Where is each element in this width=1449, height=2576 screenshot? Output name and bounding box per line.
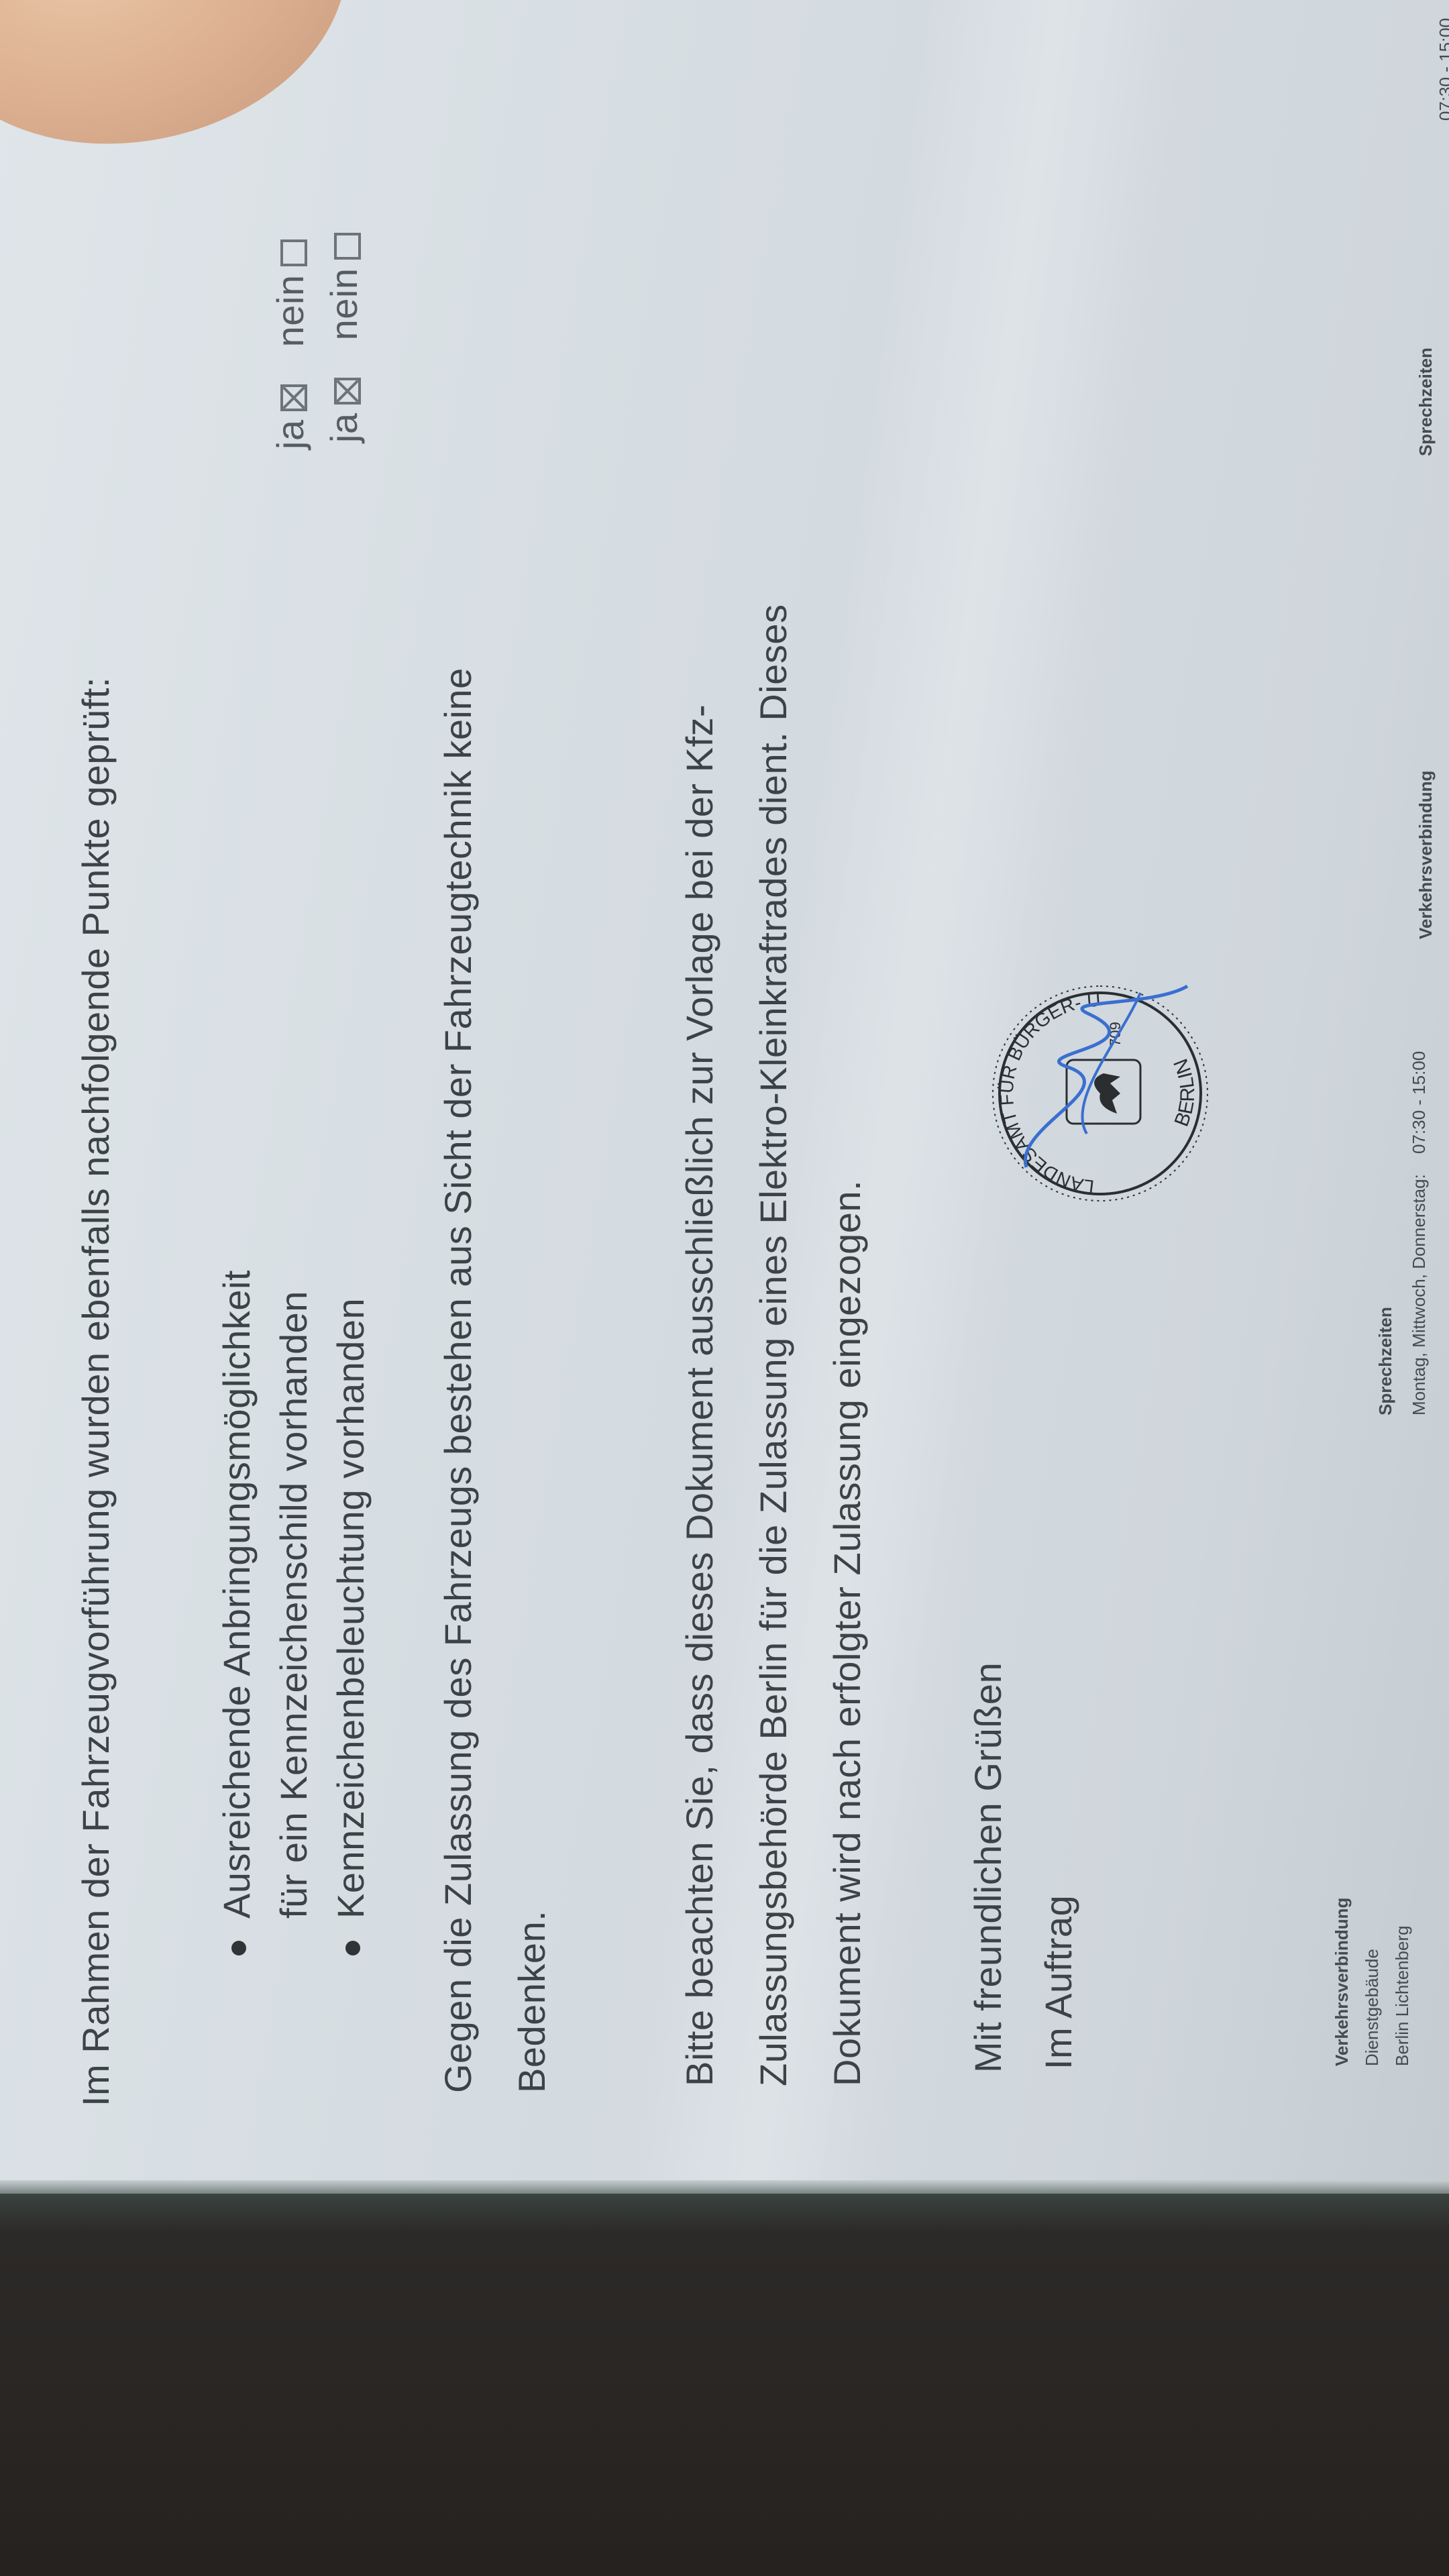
no-checkbox[interactable] bbox=[334, 233, 361, 260]
footer-col4-line1: 07:30 - 15:00 bbox=[1436, 18, 1449, 121]
paragraph1-line2: Bedenken. bbox=[510, 1911, 553, 2093]
closing-greeting: Mit freundlichen Grüßen bbox=[966, 1662, 1010, 2073]
footer-col1-heading: Verkehrsverbindung bbox=[1332, 1898, 1352, 2066]
document-content: Im Rahmen der Fahrzeugvorführung wurden … bbox=[0, 0, 1449, 2187]
paragraph2-line3: Dokument wird nach erfolgter Zulassung e… bbox=[825, 1180, 869, 2086]
svg-text:BERLIN: BERLIN bbox=[1170, 1056, 1199, 1130]
footer-col2-line2: 07:30 - 15:00 bbox=[1409, 1051, 1430, 1154]
no-label: nein bbox=[269, 274, 311, 347]
check-1-options: ja nein bbox=[268, 239, 312, 449]
footer-col4-heading: Sprechzeiten bbox=[1415, 347, 1436, 456]
yes-label: ja bbox=[323, 413, 365, 443]
intro-text: Im Rahmen der Fahrzeugvorführung wurden … bbox=[74, 677, 117, 2106]
footer-col2-heading: Sprechzeiten bbox=[1375, 1307, 1396, 1415]
paragraph2-line1: Bitte beachten Sie, dass dieses Dokument… bbox=[678, 704, 721, 2086]
yes-checkbox[interactable] bbox=[334, 378, 361, 405]
check-1-line2: für ein Kennzeichenschild vorhanden bbox=[272, 1291, 315, 1919]
stamp-outer-text: LANDESAMT FÜR BÜRGER- UND ORDNUNGSANGELE… bbox=[986, 989, 1101, 1207]
closing-on-behalf: Im Auftrag bbox=[1036, 1895, 1080, 2070]
stamp-bottom-text: BERLIN bbox=[1170, 1056, 1199, 1130]
footer-col1-line1: Dienstgebäude bbox=[1362, 1949, 1383, 2066]
yes-checkbox[interactable] bbox=[280, 384, 307, 411]
check-2-options: ja nein bbox=[322, 233, 366, 443]
paragraph2-line2: Zulassungsbehörde Berlin für die Zulassu… bbox=[751, 604, 795, 2086]
official-stamp: LANDESAMT FÜR BÜRGER- UND ORDNUNGSANGELE… bbox=[986, 979, 1214, 1207]
table-surface bbox=[0, 2194, 1449, 2576]
no-checkbox[interactable] bbox=[280, 239, 307, 266]
paragraph1-line1: Gegen die Zulassung des Fahrzeugs besteh… bbox=[436, 667, 480, 2093]
yes-label: ja bbox=[269, 419, 311, 449]
check-1-line1: Ausreichende Anbringungsmöglichkeit bbox=[215, 1270, 258, 1919]
bullet-icon bbox=[345, 1941, 360, 1955]
check-2-line1: Kennzeichenbeleuchtung vorhanden bbox=[329, 1298, 372, 1919]
footer-col3-heading: Verkehrsverbindung bbox=[1415, 771, 1436, 939]
svg-text:LANDESAMT FÜR BÜRGER- UND ORDN: LANDESAMT FÜR BÜRGER- UND ORDNUNGSANGELE… bbox=[986, 989, 1101, 1207]
no-label: nein bbox=[323, 268, 365, 340]
berlin-bear-icon bbox=[1094, 1073, 1120, 1114]
footer-col2-line1: Montag, Mittwoch, Donnerstag: bbox=[1409, 1174, 1430, 1415]
footer-col1-line2: Berlin Lichtenberg bbox=[1392, 1925, 1413, 2066]
bullet-icon bbox=[231, 1941, 246, 1955]
